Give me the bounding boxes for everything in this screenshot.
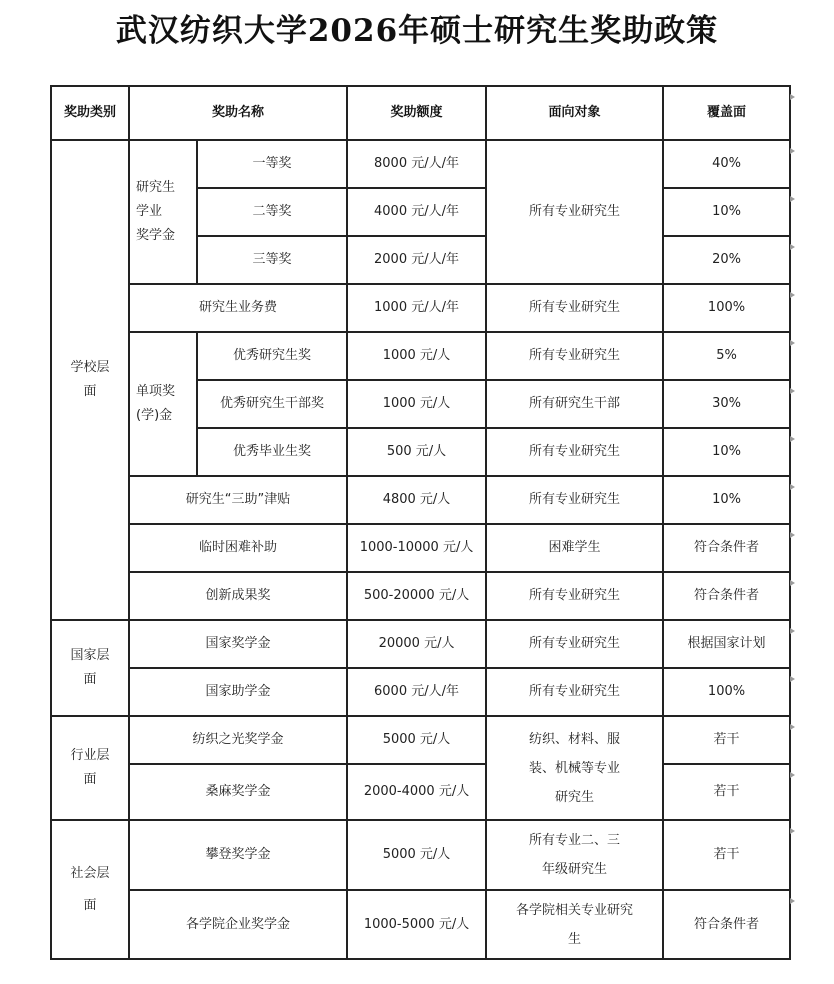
award-coverage: 符合条件者 bbox=[663, 524, 790, 572]
award-coverage: 若干 bbox=[663, 716, 790, 764]
award-amount: 2000-4000 元/人 bbox=[347, 764, 486, 820]
row-end-marker-icon bbox=[790, 148, 795, 154]
award-name: 创新成果奖 bbox=[129, 572, 347, 620]
table-row: 社会层 面 攀登奖学金 5000 元/人 所有专业二、三 年级研究生 若干 bbox=[51, 820, 790, 890]
award-target: 各学院相关专业研究 生 bbox=[486, 890, 663, 959]
award-name: 各学院企业奖学金 bbox=[129, 890, 347, 959]
award-amount: 1000 元/人 bbox=[347, 332, 486, 380]
award-name: 一等奖 bbox=[197, 140, 347, 188]
award-coverage: 20% bbox=[663, 236, 790, 284]
group-social: 社会层 面 bbox=[51, 820, 129, 959]
scholarship-policy-table: 奖助类别 奖助名称 奖助额度 面向对象 覆盖面 学校层 面 研究生 学业 奖学金… bbox=[50, 85, 791, 960]
page-title: 武汉纺织大学2026年硕士研究生奖助政策 bbox=[0, 8, 834, 54]
award-coverage: 若干 bbox=[663, 820, 790, 890]
table-row: 创新成果奖 500-20000 元/人 所有专业研究生 符合条件者 bbox=[51, 572, 790, 620]
group-school: 学校层 面 bbox=[51, 140, 129, 620]
header-coverage: 覆盖面 bbox=[663, 86, 790, 140]
award-name: 研究生业务费 bbox=[129, 284, 347, 332]
award-name: 三等奖 bbox=[197, 236, 347, 284]
table-row: 桑麻奖学金 2000-4000 元/人 若干 bbox=[51, 764, 790, 820]
award-coverage: 30% bbox=[663, 380, 790, 428]
award-target: 所有专业研究生 bbox=[486, 332, 663, 380]
award-amount: 6000 元/人/年 bbox=[347, 668, 486, 716]
award-coverage: 5% bbox=[663, 332, 790, 380]
row-end-marker-icon bbox=[790, 828, 795, 834]
award-name: 二等奖 bbox=[197, 188, 347, 236]
group-industry: 行业层 面 bbox=[51, 716, 129, 820]
award-coverage: 100% bbox=[663, 668, 790, 716]
award-amount: 1000-10000 元/人 bbox=[347, 524, 486, 572]
group-national: 国家层 面 bbox=[51, 620, 129, 716]
award-amount: 500-20000 元/人 bbox=[347, 572, 486, 620]
award-amount: 5000 元/人 bbox=[347, 716, 486, 764]
award-name: 国家助学金 bbox=[129, 668, 347, 716]
header-target: 面向对象 bbox=[486, 86, 663, 140]
award-coverage: 符合条件者 bbox=[663, 890, 790, 959]
row-end-marker-icon bbox=[790, 436, 795, 442]
award-amount: 1000-5000 元/人 bbox=[347, 890, 486, 959]
award-coverage: 10% bbox=[663, 476, 790, 524]
award-name: 优秀研究生奖 bbox=[197, 332, 347, 380]
table-row: 临时困难补助 1000-10000 元/人 困难学生 符合条件者 bbox=[51, 524, 790, 572]
row-end-marker-icon bbox=[790, 94, 795, 100]
award-target: 所有研究生干部 bbox=[486, 380, 663, 428]
table-row: 国家层 面 国家奖学金 20000 元/人 所有专业研究生 根据国家计划 bbox=[51, 620, 790, 668]
award-amount: 2000 元/人/年 bbox=[347, 236, 486, 284]
award-target: 困难学生 bbox=[486, 524, 663, 572]
row-end-marker-icon bbox=[790, 628, 795, 634]
table-row: 单项奖 (学)金 优秀研究生奖 1000 元/人 所有专业研究生 5% bbox=[51, 332, 790, 380]
award-name: 国家奖学金 bbox=[129, 620, 347, 668]
award-target: 所有专业研究生 bbox=[486, 140, 663, 284]
award-name: 临时困难补助 bbox=[129, 524, 347, 572]
row-end-marker-icon bbox=[790, 484, 795, 490]
table-row: 国家助学金 6000 元/人/年 所有专业研究生 100% bbox=[51, 668, 790, 716]
award-name: 桑麻奖学金 bbox=[129, 764, 347, 820]
header-row: 奖助类别 奖助名称 奖助额度 面向对象 覆盖面 bbox=[51, 86, 790, 140]
table-row: 学校层 面 研究生 学业 奖学金 一等奖 8000 元/人/年 所有专业研究生 … bbox=[51, 140, 790, 188]
table-row: 研究生“三助”津贴 4800 元/人 所有专业研究生 10% bbox=[51, 476, 790, 524]
award-amount: 1000 元/人 bbox=[347, 380, 486, 428]
row-end-marker-icon bbox=[790, 196, 795, 202]
row-end-marker-icon bbox=[790, 724, 795, 730]
row-end-marker-icon bbox=[790, 292, 795, 298]
award-coverage: 符合条件者 bbox=[663, 572, 790, 620]
subgroup-single-award: 单项奖 (学)金 bbox=[129, 332, 197, 476]
award-coverage: 10% bbox=[663, 188, 790, 236]
header-category: 奖助类别 bbox=[51, 86, 129, 140]
award-target: 所有专业研究生 bbox=[486, 668, 663, 716]
table-row: 研究生业务费 1000 元/人/年 所有专业研究生 100% bbox=[51, 284, 790, 332]
award-target: 所有专业研究生 bbox=[486, 620, 663, 668]
award-target: 所有专业研究生 bbox=[486, 572, 663, 620]
award-target: 所有专业研究生 bbox=[486, 428, 663, 476]
award-name: 优秀毕业生奖 bbox=[197, 428, 347, 476]
award-coverage: 40% bbox=[663, 140, 790, 188]
row-end-marker-icon bbox=[790, 532, 795, 538]
award-amount: 8000 元/人/年 bbox=[347, 140, 486, 188]
award-amount: 4800 元/人 bbox=[347, 476, 486, 524]
row-end-marker-icon bbox=[790, 676, 795, 682]
row-end-marker-icon bbox=[790, 772, 795, 778]
award-coverage: 100% bbox=[663, 284, 790, 332]
row-end-marker-icon bbox=[790, 340, 795, 346]
award-target: 所有专业研究生 bbox=[486, 476, 663, 524]
award-amount: 500 元/人 bbox=[347, 428, 486, 476]
row-end-marker-icon bbox=[790, 388, 795, 394]
subgroup-academic-scholarship: 研究生 学业 奖学金 bbox=[129, 140, 197, 284]
award-amount: 4000 元/人/年 bbox=[347, 188, 486, 236]
award-name: 优秀研究生干部奖 bbox=[197, 380, 347, 428]
award-coverage: 根据国家计划 bbox=[663, 620, 790, 668]
table-row: 行业层 面 纺织之光奖学金 5000 元/人 纺织、材料、服 装、机械等专业 研… bbox=[51, 716, 790, 764]
award-name: 攀登奖学金 bbox=[129, 820, 347, 890]
award-amount: 20000 元/人 bbox=[347, 620, 486, 668]
row-end-marker-icon bbox=[790, 580, 795, 586]
row-end-marker-icon bbox=[790, 244, 795, 250]
award-name: 纺织之光奖学金 bbox=[129, 716, 347, 764]
award-target: 所有专业二、三 年级研究生 bbox=[486, 820, 663, 890]
table-row: 各学院企业奖学金 1000-5000 元/人 各学院相关专业研究 生 符合条件者 bbox=[51, 890, 790, 959]
row-end-marker-icon bbox=[790, 898, 795, 904]
award-target: 所有专业研究生 bbox=[486, 284, 663, 332]
header-name: 奖助名称 bbox=[129, 86, 347, 140]
header-amount: 奖助额度 bbox=[347, 86, 486, 140]
award-coverage: 10% bbox=[663, 428, 790, 476]
award-amount: 5000 元/人 bbox=[347, 820, 486, 890]
award-coverage: 若干 bbox=[663, 764, 790, 820]
award-name: 研究生“三助”津贴 bbox=[129, 476, 347, 524]
award-amount: 1000 元/人/年 bbox=[347, 284, 486, 332]
award-target: 纺织、材料、服 装、机械等专业 研究生 bbox=[486, 716, 663, 820]
